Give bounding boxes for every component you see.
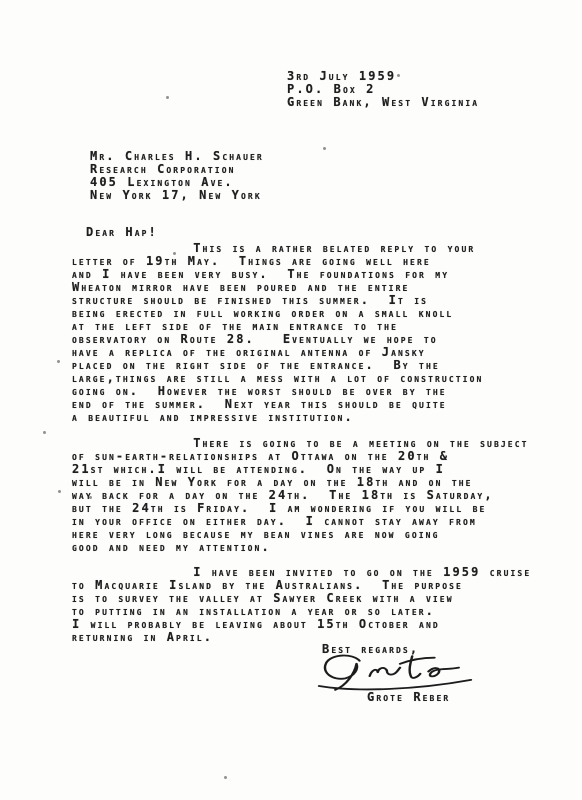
text-line: returning in April. <box>72 631 531 644</box>
signature-name: Grote Reber <box>367 691 450 704</box>
recipient-address: Mr. Charles H. SchauerResearch Corporati… <box>90 150 264 202</box>
scan-speck <box>43 431 46 434</box>
scan-speck <box>57 360 60 363</box>
scan-speck <box>224 776 227 779</box>
scan-speck <box>89 496 92 499</box>
salutation: Dear Hap! <box>86 226 158 239</box>
scan-speck <box>166 96 169 99</box>
text-line: a beautiful and impressive institution. <box>72 411 483 424</box>
text-line: Green Bank, West Virginia <box>287 96 479 109</box>
text-line: New York 17, New York <box>90 189 264 202</box>
letter-page: 3rd July 1959P.O. Box 2Green Bank, West … <box>0 0 582 800</box>
text-line: good and need my attention. <box>72 541 529 554</box>
scan-speck <box>323 147 326 150</box>
paragraph-2: There is going to be a meeting on the su… <box>72 437 529 554</box>
scan-speck <box>58 490 61 493</box>
scan-speck <box>173 252 176 255</box>
paragraph-1: This is a rather belated reply to yourle… <box>72 242 483 424</box>
paragraph-3: I have been invited to go on the 1959 cr… <box>72 566 531 644</box>
date-block: 3rd July 1959P.O. Box 2Green Bank, West … <box>287 70 479 109</box>
scan-speck <box>397 74 400 77</box>
